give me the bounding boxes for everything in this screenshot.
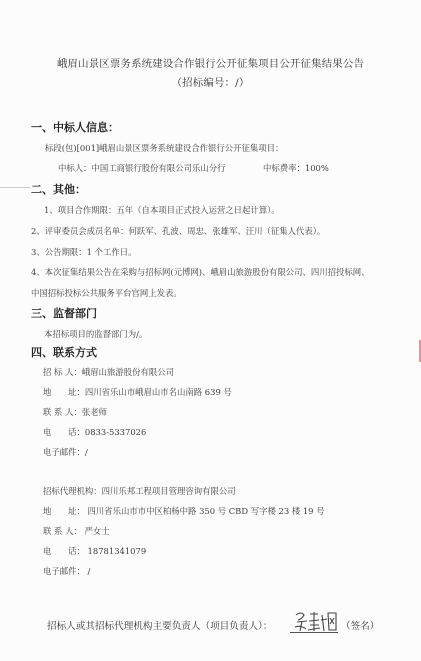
section4-heading: 四、联系方式 (31, 344, 97, 360)
winner-rate: 中标费率：100% (263, 162, 329, 174)
tenderer-email-label: 电子邮件： (43, 447, 85, 457)
tenderer-address-row: 地 址：四川省乐山市峨眉山市名山南路 639 号 (43, 386, 232, 398)
agency-name-label: 招标代理机构： (43, 486, 102, 496)
tenderer-contact: 张老师 (82, 407, 107, 417)
tenderer-contact-row: 联 系 人：张老师 (43, 406, 107, 418)
supervision-text: 本招标项目的监督部门为/。 (44, 328, 147, 340)
agency-name-row: 招标代理机构：四川乐邦工程项目管理咨询有限公司 (43, 485, 236, 497)
agency-phone-label: 电 话： (43, 546, 85, 556)
tenderer-email-row: 电子邮件：/ (43, 446, 88, 458)
tenderer-phone-label: 电 话： (43, 427, 85, 437)
tenderer-name: 峨眉山旅游股份有限公司 (82, 367, 174, 377)
agency-email-label: 电子邮件： (43, 566, 85, 576)
winner-line: 中标人：中国工商银行股份有限公司乐山分行 (58, 162, 226, 174)
other-item-4: 4、本次征集结果公告在采购与招标网(元博网)、峨眉山旅游股份有限公司、四川招投标… (31, 266, 370, 278)
section3-heading: 三、监督部门 (31, 305, 97, 321)
scan-artifact-line (0, 187, 30, 188)
signature-row: 招标人或其招标代理机构主要负责人（项目负责人）： (47, 618, 272, 632)
tenderer-phone-row: 电 话：0833-5337026 (43, 426, 146, 438)
tenderer-name-row: 招 标 人：峨眉山旅游股份有限公司 (43, 366, 174, 378)
other-item-2: 2、评审委员会成员名单：何跃军、孔波、周忠、张雄军、汪川（征集人代表）。 (31, 225, 325, 237)
agency-address: 四川省乐山市市中区柏杨中路 350 号 CBD 写字楼 23 楼 19 号 (88, 506, 325, 516)
other-item-3: 3、公告期限：1 个工作日。 (31, 246, 136, 258)
agency-address-row: 地 址： 四川省乐山市市中区柏杨中路 350 号 CBD 写字楼 23 楼 19… (43, 505, 325, 517)
tenderer-name-label: 招 标 人： (43, 367, 82, 377)
agency-phone: 18781341079 (88, 546, 147, 556)
tenderer-address-label: 地 址： (43, 387, 85, 397)
other-item-1: 1、项目合作期限：五年（自本项目正式投入运营之日起计算）。 (44, 204, 280, 216)
section2-heading: 二、其他： (31, 181, 86, 197)
signature-suffix: （签名） (341, 618, 379, 632)
agency-email: / (88, 566, 91, 576)
tenderer-email: / (85, 447, 88, 457)
signature-label: 招标人或其招标代理机构主要负责人（项目负责人）： (47, 621, 272, 632)
agency-contact: 严女士 (85, 526, 110, 536)
lot-line: 标段(包)[001]峨眉山景区票务系统建设合作银行公开征集项目： (45, 142, 283, 154)
agency-email-row: 电子邮件： / (43, 565, 90, 577)
tenderer-contact-label: 联 系 人： (43, 407, 82, 417)
document-page: 峨眉山景区票务系统建设合作银行公开征集项目公开征集结果公告 （招标编号：/） 一… (0, 0, 421, 661)
agency-address-label: 地 址： (43, 506, 85, 516)
agency-contact-label: 联 系 人： (43, 526, 82, 536)
document-title: 峨眉山景区票务系统建设合作银行公开征集项目公开征集结果公告 (0, 55, 421, 70)
agency-phone-row: 电 话： 18781341079 (43, 545, 146, 557)
agency-name: 四川乐邦工程项目管理咨询有限公司 (102, 486, 236, 496)
handwritten-signature-icon (292, 609, 342, 635)
agency-contact-row: 联 系 人： 严女士 (43, 525, 110, 537)
document-subtitle: （招标编号：/） (0, 74, 421, 89)
section1-heading: 一、中标人信息： (31, 119, 119, 135)
other-item-4-cont: 中国招标投标公共服务平台官网上发表。 (31, 287, 182, 299)
tenderer-phone: 0833-5337026 (85, 427, 146, 437)
tenderer-address: 四川省乐山市峨眉山市名山南路 639 号 (85, 387, 232, 397)
